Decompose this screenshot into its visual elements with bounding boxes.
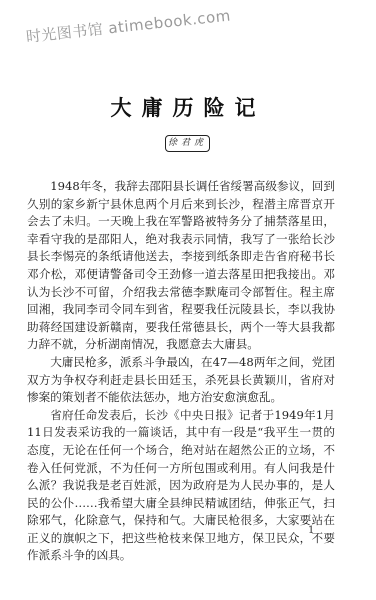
- paragraph: 1948年冬，我辞去邵阳县长调任省绥署高级参议，回到久别的家乡新宁县休息两个月后…: [27, 178, 335, 354]
- article-body: 1948年冬，我辞去邵阳县长调任省绥署高级参议，回到久别的家乡新宁县休息两个月后…: [27, 178, 335, 565]
- watermark: 时光图书馆 atimebook.com: [25, 5, 232, 47]
- paragraph: 省府任命发表后，长沙《中央日报》记者于1949年1月11日发表采访我的一篇谈话，…: [27, 407, 335, 565]
- author-byline: 徐君虎: [165, 135, 210, 152]
- page-title: 大庸历险记: [0, 92, 376, 122]
- paragraph: 大庸民枪多，派系斗争最凶，在47—48两年之间，党团双方为争权夺利赶走县长田廷玉…: [27, 354, 335, 407]
- page-number: 1: [308, 525, 314, 536]
